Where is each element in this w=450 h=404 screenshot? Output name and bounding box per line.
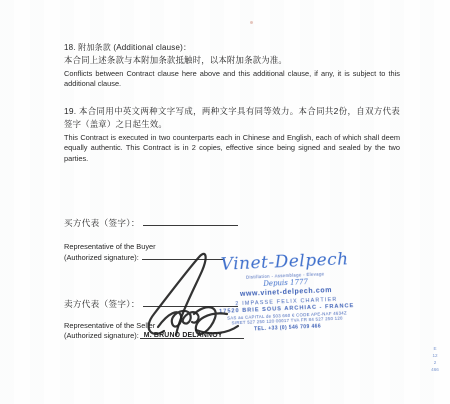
edge-artifact-line: E (426, 346, 444, 351)
buyer-zh-label: 买方代表（签字）： (64, 218, 140, 228)
clause-19-english: This Contract is executed in two counter… (64, 133, 400, 164)
seller-auth-label: (Authorized signature): (64, 331, 139, 340)
edge-artifact-line: 12 (426, 353, 444, 358)
edge-artifact-line: 2 (426, 360, 444, 365)
clause-18: 18. 附加条款 (Additional clause)： 本合同上述条款与本附… (64, 42, 400, 89)
scan-speck (250, 21, 253, 24)
contract-document-page: 18. 附加条款 (Additional clause)： 本合同上述条款与本附… (0, 0, 450, 404)
buyer-signature-line (143, 218, 238, 226)
clause-18-chinese: 本合同上述条款与本附加条款抵触时，以本附加条款为准。 (64, 54, 400, 67)
clause-18-heading: 18. 附加条款 (Additional clause)： (64, 42, 400, 54)
buyer-auth-label: (Authorized signature): (64, 253, 139, 262)
edge-artifact-line: 466 (426, 367, 444, 372)
edge-scan-artifact: E 12 2 466 (426, 346, 444, 372)
handwritten-signature (134, 251, 252, 345)
clause-19: 19. 本合同用中英文两种文字写成，两种文字具有同等效力。本合同共2份，自双方代… (64, 105, 400, 164)
clause-19-chinese: 19. 本合同用中英文两种文字写成，两种文字具有同等效力。本合同共2份，自双方代… (64, 105, 400, 130)
seller-zh-label: 卖方代表（签字）： (64, 299, 140, 309)
clause-18-english: Conflicts between Contract clause here a… (64, 69, 400, 89)
